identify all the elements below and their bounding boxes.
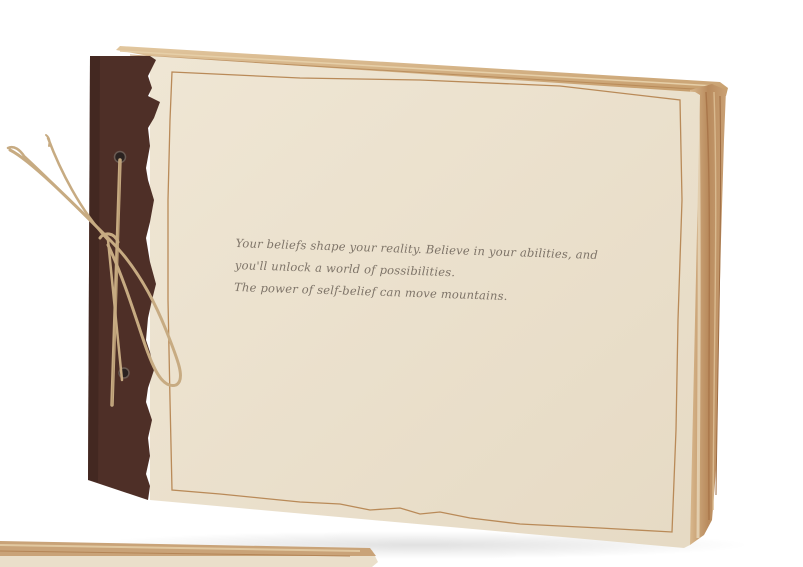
cover-quote: Your beliefs shape your reality. Believe… — [234, 232, 626, 311]
product-photo: Your beliefs shape your reality. Believe… — [0, 0, 803, 567]
